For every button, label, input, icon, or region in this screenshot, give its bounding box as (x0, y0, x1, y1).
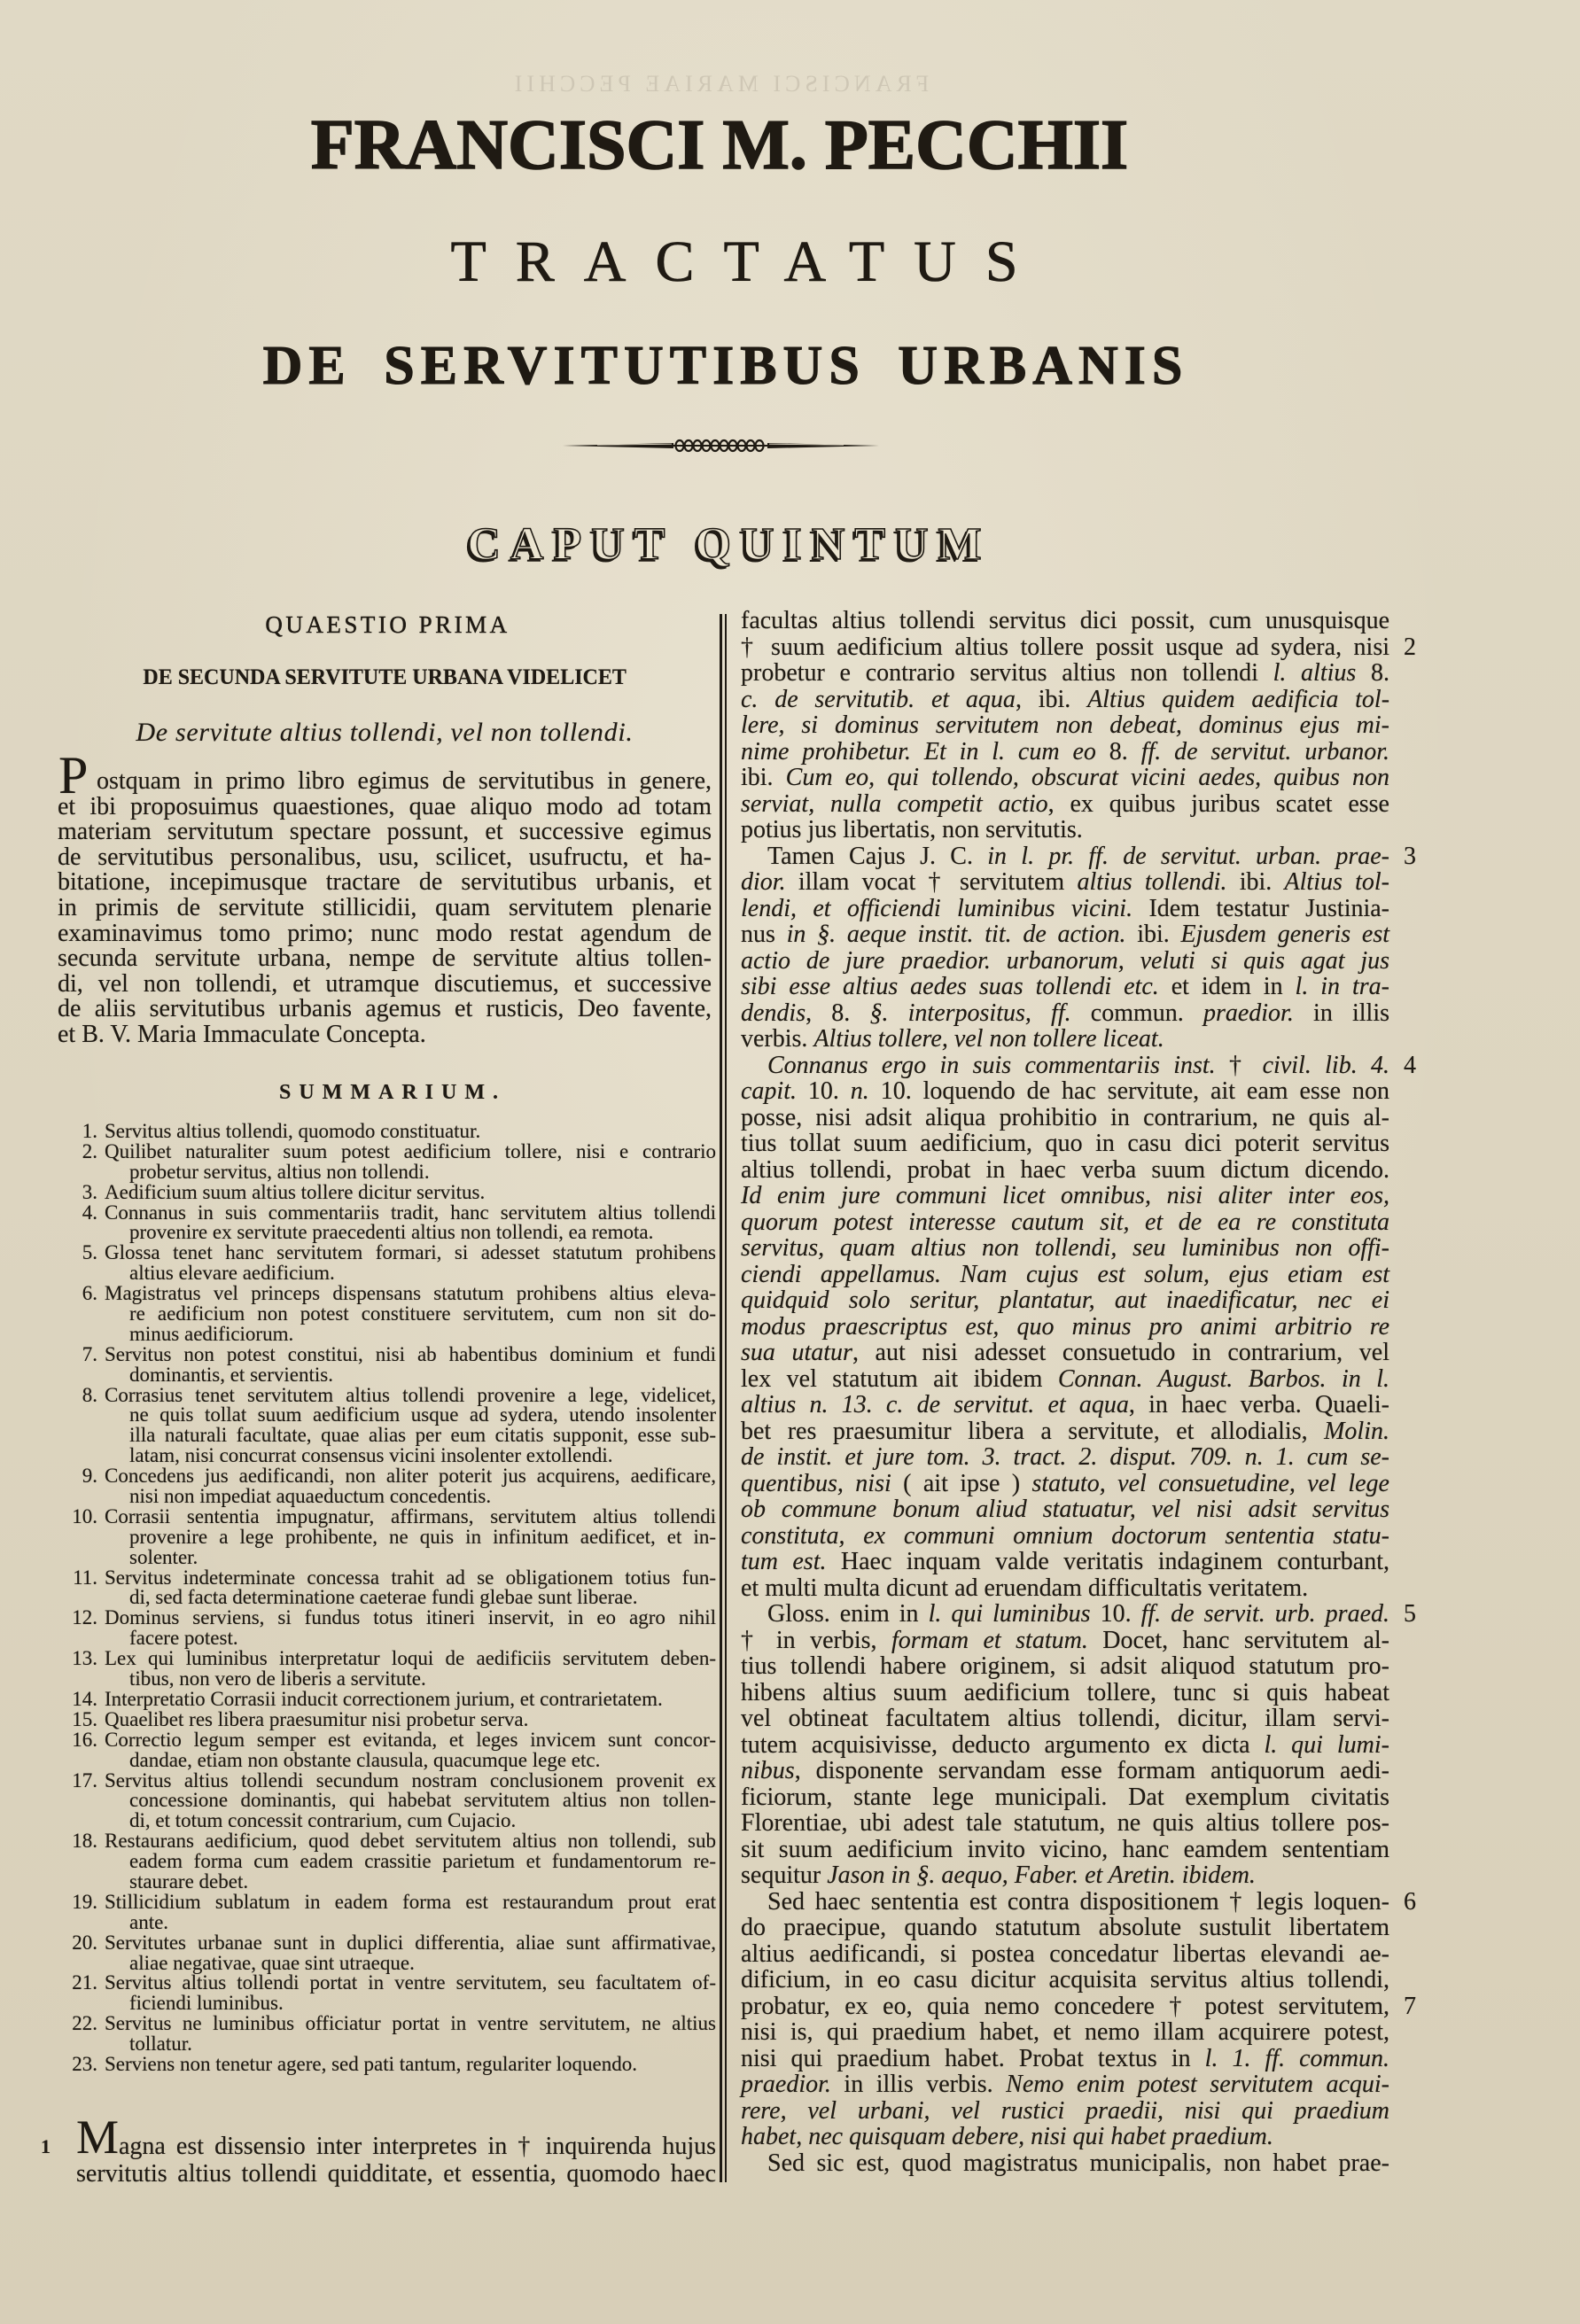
text-line: Gloss. enim in l. qui luminibus 10. ff. … (741, 1601, 1389, 1628)
text-run: sequitur (741, 1862, 827, 1889)
text-line: do praecipue, quando statutum absolute s… (741, 1915, 1389, 1941)
summary-item: 11.Servitus indeterminate concessa trahi… (62, 1568, 716, 1609)
text-line: Corrasii sententia impugnatur, affirmans… (62, 1507, 716, 1527)
summary-item: 20.Servitutes urbanae sunt in duplici di… (62, 1933, 716, 1974)
text-run: re aedificium non potest constituere ser… (129, 1302, 716, 1325)
text-run: Gloss. enim in (767, 1600, 929, 1628)
summary-item: 18.Restaurans aedificium, quod debet ser… (62, 1831, 716, 1893)
text-run: ibi. (741, 764, 786, 791)
italic-run: capit. (741, 1077, 797, 1105)
italic-run: nime prohibetur. Et in l. cum eo (741, 738, 1096, 766)
summary-item-number: 7. (62, 1345, 97, 1365)
text-run: ibi. (1126, 921, 1181, 948)
italic-run: lendi, et officiendi luminibus vicini. (741, 895, 1132, 922)
text-line: facere potest. (62, 1628, 716, 1649)
summary-item: 1.Servitus altius tollendi, quomodo cons… (62, 1122, 716, 1142)
text-run: Concedens jus aedificandi, non aliter po… (105, 1465, 716, 1487)
italic-run: modus praescriptus est, quo minus pro an… (741, 1313, 1389, 1341)
column-divider (720, 614, 722, 2182)
summary-item: 12.Dominus serviens, si fundus totus iti… (62, 1608, 716, 1649)
text-line: quorum potest interesse cautum sit, et d… (741, 1209, 1389, 1236)
text-run: posse, nisi adsit aliqua prohibitio in c… (741, 1104, 1389, 1131)
summary-item-number: 15. (62, 1710, 97, 1730)
text-line: lex vel statutum ait ibidem Connan. Augu… (741, 1366, 1389, 1393)
text-line: Servitus altius tollendi secundum nostra… (62, 1771, 716, 1792)
text-run: Serviens non tenetur agere, sed pati tan… (105, 2053, 637, 2075)
text-line: Servitus indeterminate concessa trahit a… (62, 1568, 716, 1589)
text-line: servitutis altius tollendi quidditate, e… (76, 2160, 716, 2188)
text-line: di, sed facta determinatione caeterae fu… (62, 1588, 716, 1608)
text-line: Dominus serviens, si fundus totus itiner… (62, 1608, 716, 1628)
text-run: Sed sic est, quod magistratus municipali… (767, 2149, 1389, 2177)
text-run: 8. (1096, 738, 1141, 766)
summary-item: 10.Corrasii sententia impugnatur, affirm… (62, 1507, 716, 1568)
text-run: Servitus indeterminate concessa trahit a… (105, 1566, 716, 1589)
summary-item-number: 9. (62, 1466, 97, 1487)
text-line: Servitutes urbanae sunt in duplici diffe… (62, 1933, 716, 1954)
text-line: altius n. 13. c. de servitut. et aqua, i… (741, 1392, 1389, 1418)
intro-paragraph: ostquam in primo libro egimus de servitu… (58, 769, 712, 1048)
summary-item: 15.Quaelibet res libera praesumitur nisi… (62, 1710, 716, 1730)
italic-run: Altius tol- (1285, 868, 1389, 896)
italic-run: altius n. 13. c. de servitut. et aqua (741, 1391, 1129, 1418)
text-line: aliae negativae, quae sint utraeque. (62, 1954, 716, 1974)
text-line: dificium, in eo casu dicitur acquisita s… (741, 1967, 1389, 1994)
text-run: di, et totum concessit contrarium, cum C… (129, 1809, 516, 1831)
text-run: Dominus serviens, si fundus totus itiner… (105, 1606, 716, 1628)
italic-run: habet, nec quisquam debere, nisi qui hab… (741, 2123, 1273, 2150)
italic-run: sibi esse altius aedes suas tollendi etc… (741, 973, 1159, 1000)
text-run: , ex quibus juribus scatet esse (1048, 790, 1389, 818)
text-line: Tamen Cajus J. C. in l. pr. ff. de servi… (741, 843, 1389, 870)
italic-run: Connanus ergo in suis commentariis inst. (767, 1052, 1216, 1079)
paragraph: facultas altius tollendi servitus dici p… (741, 608, 1389, 843)
summary-item-number: 21. (62, 1973, 97, 1994)
text-line: nisi non impediat aquaeductum concedenti… (62, 1487, 716, 1507)
paragraph: Tamen Cajus J. C. in l. pr. ff. de servi… (741, 843, 1389, 1053)
text-run: potius jus libertatis, non servitutis. (741, 816, 1083, 843)
text-run: Glossa tenet hanc servitutem formari, si… (105, 1241, 716, 1263)
text-line: ibi. Cum eo, qui tollendo, obscurat vici… (741, 765, 1389, 791)
text-run: Tamen Cajus J. C. (767, 843, 987, 870)
summary-item: 23.Serviens non tenetur agere, sed pati … (62, 2055, 716, 2075)
text-line: Servitus ne luminibus officiatur portat … (62, 2014, 716, 2034)
italic-run: l. qui luminibus (929, 1600, 1091, 1628)
italic-run: Molin. (1324, 1418, 1389, 1445)
text-run: in primis de servitute stillicidii, quam… (58, 894, 712, 921)
question-subheading-text: DE SECUNDA SERVITUTE URBANA VIDELICET (143, 666, 627, 688)
margin-number: 1 (41, 2133, 51, 2160)
text-line: eadem forma cum eadem crassitie parietum… (62, 1852, 716, 1872)
text-line: vel obtineat facultatem altius tollendi,… (741, 1706, 1389, 1732)
italic-run: civil. lib. 4. (1263, 1052, 1389, 1079)
text-run: probetur e contrario servitus altius non… (741, 659, 1273, 687)
text-line: sua utatur, aut nisi adesset consuetudo … (741, 1340, 1389, 1366)
text-run: bitatione, incepimusque tractare de serv… (58, 868, 712, 896)
italic-run: Jason in §. aequo, Faber. et Aretin. ibi… (827, 1862, 1256, 1889)
italic-run: statuto, vel consuetudine, vel lege (1032, 1470, 1389, 1497)
text-line: secunda servitute urbana, nempe de servi… (58, 946, 712, 972)
summary-item: 9.Concedens jus aedificandi, non aliter … (62, 1466, 716, 1507)
text-line: Concedens jus aedificandi, non aliter po… (62, 1466, 716, 1487)
text-run: ante. (129, 1911, 168, 1933)
italic-run: l. in tra- (1296, 973, 1389, 1000)
text-run: illam vocat † servitutem (786, 868, 1078, 896)
text-run: illa naturali facultate, quae alias per … (129, 1424, 716, 1446)
text-run: in illis (1294, 999, 1389, 1027)
book-page: FRANCISCI MARIAE PECCHII FRANCISCI M. PE… (0, 0, 1580, 2324)
text-line: nime prohibetur. Et in l. cum eo 8. ff. … (741, 739, 1389, 766)
text-line: Stillicidium sublatum in eadem forma est… (62, 1893, 716, 1913)
text-run: altius elevare aedificium. (129, 1262, 335, 1284)
text-line: nibus, disponente servandam esse formam … (741, 1758, 1389, 1784)
text-line: probetur servitus, altius non tollendi. (62, 1162, 716, 1183)
text-run: , in haec verba. Quaeli- (1129, 1391, 1389, 1418)
text-run: 10. (1091, 1600, 1141, 1628)
italic-run: §. interpositus, ff. (869, 999, 1070, 1027)
text-line: examinavimus tomo primo; nunc modo resta… (58, 921, 712, 947)
margin-number: 6 (1404, 1889, 1416, 1916)
margin-number: 5 (1404, 1601, 1416, 1628)
text-line: ficiendi luminibus. (62, 1994, 716, 2014)
italic-run: rere, vel urbani, vel rustici praedii, n… (741, 2097, 1389, 2125)
text-line: materiam servitutum spectare possunt, et… (58, 820, 712, 845)
text-line: in primis de servitute stillicidii, quam… (58, 896, 712, 921)
text-line: nisi is, qui praedium habet, et nemo ill… (741, 2019, 1389, 2046)
text-line: dominantis, et servientis. (62, 1365, 716, 1386)
summary-item-number: 23. (62, 2055, 97, 2075)
text-line: praedior. in illis verbis. Nemo enim pot… (741, 2071, 1389, 2098)
text-run: vel obtineat facultatem altius tollendi,… (741, 1705, 1389, 1732)
text-run: concessione dominantis, qui habebat serv… (129, 1789, 716, 1811)
summary-item: 3.Aedificium suum altius tollere dicitur… (62, 1183, 716, 1203)
italic-run: tum est. (741, 1548, 826, 1575)
text-line: concessione dominantis, qui habebat serv… (62, 1791, 716, 1811)
text-line: lendi, et officiendi luminibus vicini. I… (741, 896, 1389, 922)
italic-run: Altius tollere, vel non tollere liceat. (813, 1025, 1164, 1053)
text-run: tibus, non vero de liberis a servitute. (129, 1667, 426, 1690)
treatise-title: TRACTATUS (0, 233, 1468, 291)
italic-run: quidquid solo seritur, plantatur, aut in… (741, 1286, 1389, 1314)
text-run: sit suum aedificium invito vicino, hanc … (741, 1836, 1389, 1863)
italic-run: l. altius (1273, 659, 1357, 687)
question-topic: De servitute altius tollendi, vel non to… (58, 719, 712, 746)
text-line: illa naturali facultate, quae alias per … (62, 1426, 716, 1446)
paragraph: Connanus ergo in suis commentariis inst.… (741, 1053, 1389, 1602)
text-line: Connanus ergo in suis commentariis inst.… (741, 1053, 1389, 1079)
text-run: Corrasii sententia impugnatur, affirmans… (105, 1505, 716, 1527)
text-run: † suum aedificium altius tollere possit … (741, 633, 1389, 661)
text-line: minus aedificiorum. (62, 1325, 716, 1345)
text-line: capit. 10. n. 10. loquendo de hac servit… (741, 1078, 1389, 1105)
text-line: dendis, 8. §. interpositus, ff. commun. … (741, 1000, 1389, 1027)
text-line: ob commune bonum aliud statuatur, vel ni… (741, 1496, 1389, 1523)
italic-run: altius tollendi. (1077, 868, 1226, 896)
text-line: sequitur Jason in §. aequo, Faber. et Ar… (741, 1862, 1389, 1889)
text-line: quidquid solo seritur, plantatur, aut in… (741, 1287, 1389, 1314)
italic-run: Ejusdem generis est (1181, 921, 1389, 948)
text-line: verbis. Altius tollere, vel non tollere … (741, 1026, 1389, 1053)
summary-item-number: 22. (62, 2014, 97, 2034)
text-run: Servitutes urbanae sunt in duplici diffe… (105, 1931, 716, 1954)
text-run: probatur, ex eo, quia nemo concedere † p… (741, 1993, 1389, 2020)
text-run: minus aedificiorum. (129, 1323, 293, 1345)
paragraph: Gloss. enim in l. qui luminibus 10. ff. … (741, 1601, 1389, 1889)
summary-item-number: 2. (62, 1142, 97, 1162)
text-run: dominantis, et servientis. (129, 1364, 333, 1386)
summary-item-number: 10. (62, 1507, 97, 1527)
text-run: materiam servitutum spectare possunt, et… (58, 818, 712, 845)
text-line: Corrasius tenet servitutem altius tollen… (62, 1386, 716, 1406)
text-run: Connanus in suis commentariis tradit, ha… (105, 1201, 716, 1224)
margin-number: 7 (1404, 1994, 1416, 2020)
summary-item-number: 3. (62, 1183, 97, 1203)
text-run: ibi. (1226, 868, 1284, 896)
summary-item: 17.Servitus altius tollendi secundum nos… (62, 1771, 716, 1832)
text-run: bet res praesumitur libera a servitute, … (741, 1418, 1324, 1445)
summary-item-number: 14. (62, 1690, 97, 1710)
text-line: agna est dissensio inter interpretes in … (76, 2133, 716, 2160)
summary-item: 6.Magistratus vel princeps dispensans st… (62, 1284, 716, 1345)
summary-item: 22.Servitus ne luminibus officiatur port… (62, 2014, 716, 2055)
text-line: facultas altius tollendi servitus dici p… (741, 608, 1389, 634)
text-run: tollatur. (129, 2033, 192, 2055)
text-run: Servitus ne luminibus officiatur portat … (105, 2012, 716, 2034)
text-run: hibens altius suum aedificium tollere, t… (741, 1679, 1389, 1706)
text-line: Servitus altius tollendi portat in ventr… (62, 1973, 716, 1994)
bleed-through-running-head: FRANCISCI MARIAE PECCHII (0, 73, 1439, 96)
text-run: 8. (1356, 659, 1389, 687)
text-line: et multi multa dicunt ad eruendam diffic… (741, 1575, 1389, 1602)
text-run: in illis verbis. (831, 2071, 1006, 2098)
text-line: Sed sic est, quod magistratus municipali… (741, 2150, 1389, 2177)
italic-run: dendis (741, 999, 806, 1027)
text-line: probetur e contrario servitus altius non… (741, 660, 1389, 687)
italic-run: quentibus, nisi (741, 1470, 891, 1497)
text-run: examinavimus tomo primo; nunc modo resta… (58, 920, 712, 947)
text-line: serviat, nulla competit actio, ex quibus… (741, 791, 1389, 818)
italic-run: servitus, quam altius non tollendi, seu … (741, 1234, 1389, 1262)
italic-run: lere, si dominus servitutem non debeat, … (741, 711, 1389, 739)
text-run: et ibi proposuimus quaestiones, quae ali… (58, 793, 712, 820)
text-run: , ibi. (1016, 686, 1087, 713)
text-run: , aut nisi adesset consuetudo in contrar… (852, 1339, 1389, 1366)
text-line: Aedificium suum altius tollere dicitur s… (62, 1183, 716, 1203)
text-run: facultas altius tollendi servitus dici p… (741, 607, 1389, 634)
text-run: tutem acquisivisse, deducto argumento ex… (741, 1731, 1264, 1759)
text-run: Haec inquam valde veritatis indaginem co… (826, 1548, 1389, 1575)
text-run: de servitutibus personalibus, usu, scili… (58, 843, 712, 871)
text-run: solenter. (129, 1546, 198, 1568)
text-run: probetur servitus, altius non tollendi. (129, 1161, 430, 1183)
text-run: Restaurans aedificium, quod debet servit… (105, 1830, 716, 1852)
text-line: Quaelibet res libera praesumitur nisi pr… (62, 1710, 716, 1730)
text-line: habet, nec quisquam debere, nisi qui hab… (741, 2124, 1389, 2150)
text-line: de servitutibus personalibus, usu, scili… (58, 845, 712, 871)
summary-item-number: 13. (62, 1649, 97, 1669)
text-line: dandae, etiam non obstante clausula, qua… (62, 1751, 716, 1771)
column-divider (725, 614, 727, 2182)
text-line: de aliis servitutibus urbanis agemus et … (58, 997, 712, 1022)
text-run: provenire a lege prohibente, ne quis in … (129, 1526, 716, 1548)
margin-number: 2 (1404, 634, 1416, 661)
text-run: 10. loquendo de hac servitute, ait eam e… (869, 1077, 1389, 1105)
text-line: latam, nisi concurrat consensus vicini i… (62, 1446, 716, 1466)
italic-run: sua utatur (741, 1339, 852, 1366)
text-run: do praecipue, quando statutum absolute s… (741, 1914, 1389, 1941)
summary-item: 2.Quilibet naturaliter suum potest aedif… (62, 1142, 716, 1183)
text-line: potius jus libertatis, non servitutis. (741, 817, 1389, 843)
text-line: tius tollat suum aedificium, quo in casu… (741, 1131, 1389, 1157)
text-run: altius aedificandi, si postea concedatur… (741, 1940, 1389, 1968)
summary-item: 13.Lex qui luminibus interpretatur loqui… (62, 1649, 716, 1690)
summary-item-number: 19. (62, 1893, 97, 1913)
text-line: tum est. Haec inquam valde veritatis ind… (741, 1549, 1389, 1575)
text-run: Quaelibet res libera praesumitur nisi pr… (105, 1708, 528, 1730)
text-run: facere potest. (129, 1627, 238, 1649)
text-run: provenire ex servitute praecedenti altiu… (129, 1221, 653, 1243)
text-line: actio de jure praedior. urbanorum, velut… (741, 948, 1389, 975)
text-run: dificium, in eo casu dicitur acquisita s… (741, 1966, 1389, 1994)
text-run: Stillicidium sublatum in eadem forma est… (105, 1891, 716, 1913)
text-line: Restaurans aedificium, quod debet servit… (62, 1831, 716, 1852)
text-run: Magistratus vel princeps dispensans stat… (105, 1282, 716, 1304)
italic-run: c. de servitutib. et aqua (741, 686, 1016, 713)
text-line: et B. V. Maria Immaculate Concepta. (58, 1022, 712, 1048)
chapter-heading: CAPUT QUINTUM (0, 522, 1449, 568)
text-run: Servitus altius tollendi, quomodo consti… (105, 1120, 480, 1142)
text-line: altius tollendi, probat in haec verba su… (741, 1157, 1389, 1184)
text-run: et idem in (1159, 973, 1296, 1000)
text-line: ostquam in primo libro egimus de servitu… (58, 769, 712, 795)
text-run: Sed haec sententia est contra dispositio… (767, 1888, 1389, 1916)
italic-run: serviat, nulla competit actio (741, 790, 1048, 818)
treatise-subtitle: DE SERVITUTIBUS URBANIS (0, 338, 1445, 393)
text-line: altius elevare aedificium. (62, 1263, 716, 1284)
body-paragraph: agna est dissensio inter interpretes in … (76, 2133, 716, 2188)
text-run: de aliis servitutibus urbanis agemus et … (58, 995, 712, 1022)
summary-item: 21.Servitus altius tollendi portat in ve… (62, 1973, 716, 2014)
text-run: Quilibet naturaliter suum potest aedific… (105, 1140, 716, 1162)
text-line: tollatur. (62, 2034, 716, 2055)
text-line: re aedificium non potest constituere ser… (62, 1304, 716, 1325)
italic-run: Id enim jure communi licet omnibus, nisi… (741, 1182, 1389, 1209)
text-line: rere, vel urbani, vel rustici praedii, n… (741, 2098, 1389, 2125)
summary-item-number: 20. (62, 1933, 97, 1954)
italic-run: Nemo enim potest servitutem acqui- (1006, 2071, 1389, 2098)
text-run: ficiendi luminibus. (129, 1992, 284, 2014)
text-line: modus praescriptus est, quo minus pro an… (741, 1314, 1389, 1341)
text-line: nisi qui praedium habet. Probat textus i… (741, 2046, 1389, 2072)
text-run: agna est dissensio inter interpretes in … (119, 2133, 716, 2160)
text-run: aliae negativae, quae sint utraeque. (129, 1952, 415, 1974)
text-line: de instit. et jure tom. 3. tract. 2. dis… (741, 1444, 1389, 1471)
summary-item: 19.Stillicidium sublatum in eadem forma … (62, 1893, 716, 1933)
text-run: secunda servitute urbana, nempe de servi… (58, 944, 712, 972)
text-run: nisi qui praedium habet. Probat textus i… (741, 2045, 1205, 2072)
text-line: tius tollendi habere originem, si adsit … (741, 1653, 1389, 1680)
italic-run: n. (851, 1077, 869, 1105)
text-line: Serviens non tenetur agere, sed pati tan… (62, 2055, 716, 2075)
italic-run: ciendi appellamus. Nam cujus est solum, … (741, 1261, 1389, 1288)
text-run: servitutis altius tollendi quidditate, e… (76, 2160, 716, 2188)
text-run: lex vel statutum ait ibidem (741, 1365, 1058, 1393)
text-line: c. de servitutib. et aqua, ibi. Altius q… (741, 687, 1389, 713)
text-run: Corrasius tenet servitutem altius tollen… (105, 1384, 716, 1406)
text-line: Correctio legum semper est evitanda, et … (62, 1730, 716, 1751)
italic-run: constituta, ex communi omnium doctorum s… (741, 1522, 1389, 1550)
italic-run: ob commune bonum aliud statuatur, vel ni… (741, 1496, 1389, 1523)
text-line: † suum aedificium altius tollere possit … (741, 634, 1389, 661)
text-line: Connanus in suis commentariis tradit, ha… (62, 1203, 716, 1224)
text-run: 10. (797, 1077, 851, 1105)
italic-run: Cum eo, qui tollendo, obscurat vicini ae… (786, 764, 1389, 791)
summary-item-number: 8. (62, 1386, 97, 1406)
text-line: Florentiae, ubi adest tale statutum, ne … (741, 1810, 1389, 1837)
margin-number: 3 (1404, 843, 1416, 870)
text-run: Aedificium suum altius tollere dicitur s… (105, 1181, 485, 1203)
text-run: staurare debet. (129, 1870, 248, 1893)
text-line: constituta, ex communi omnium doctorum s… (741, 1523, 1389, 1550)
text-line: Servitus non potest constitui, nisi ab h… (62, 1345, 716, 1365)
text-run: et B. V. Maria Immaculate Concepta. (58, 1021, 426, 1048)
text-run: Servitus altius tollendi secundum nostra… (105, 1769, 716, 1792)
summary-item-number: 5. (62, 1243, 97, 1263)
summary-item: 14.Interpretatio Corrasii inducit correc… (62, 1690, 716, 1710)
right-column-text: facultas altius tollendi servitus dici p… (741, 608, 1389, 2176)
summary-item-number: 12. (62, 1608, 97, 1628)
text-run: Servitus non potest constitui, nisi ab h… (105, 1343, 716, 1365)
text-run: di, vel non tollendi, et utramque discut… (58, 970, 712, 998)
summary-item-number: 17. (62, 1771, 97, 1792)
italic-run: actio de jure praedior. urbanorum, velut… (741, 947, 1389, 975)
text-run: nisi is, qui praedium habet, et nemo ill… (741, 2018, 1389, 2046)
text-run: nus (741, 921, 787, 948)
text-run: tius tollat suum aedificium, quo in casu… (741, 1130, 1389, 1157)
summary-item: 7.Servitus non potest constitui, nisi ab… (62, 1345, 716, 1386)
text-line: † in verbis, formam et statum. Docet, ha… (741, 1628, 1389, 1654)
text-run: verbis. (741, 1025, 813, 1053)
text-run: nisi non impediat aquaeductum concedenti… (129, 1485, 491, 1507)
text-run: latam, nisi concurrat consensus vicini i… (129, 1444, 612, 1466)
paragraph: Sed sic est, quod magistratus municipali… (741, 2150, 1389, 2177)
italic-run: ff. de servit. urb. praed. (1141, 1600, 1389, 1628)
text-line: nus in §. aeque instit. tit. de action. … (741, 921, 1389, 948)
author-heading: FRANCISCI M. PECCHII (0, 110, 1439, 181)
italic-run: in §. aeque instit. tit. de action. (787, 921, 1126, 948)
text-line: Interpretatio Corrasii inducit correctio… (62, 1690, 716, 1710)
text-run: tius tollendi habere originem, si adsit … (741, 1652, 1389, 1680)
summary-list: 1.Servitus altius tollendi, quomodo cons… (62, 1122, 716, 2075)
text-line: provenire a lege prohibente, ne quis in … (62, 1527, 716, 1548)
italic-run: dior. (741, 868, 786, 896)
italic-run: praedior. (1203, 999, 1294, 1027)
summary-item: 4.Connanus in suis commentariis tradit, … (62, 1203, 716, 1244)
text-line: lere, si dominus servitutem non debeat, … (741, 712, 1389, 739)
text-line: quentibus, nisi ( ait ipse ) statuto, ve… (741, 1471, 1389, 1497)
italic-run: praedior. (741, 2071, 831, 2098)
text-line: Glossa tenet hanc servitutem formari, si… (62, 1243, 716, 1263)
text-run: ( ait ipse ) (891, 1470, 1032, 1497)
text-line: posse, nisi adsit aliqua prohibitio in c… (741, 1105, 1389, 1131)
text-run: dandae, etiam non obstante clausula, qua… (129, 1749, 600, 1771)
text-run: ficiorum, stante lege municipali. Dat ex… (741, 1784, 1389, 1811)
text-line: staurare debet. (62, 1872, 716, 1893)
text-run: † in verbis, (741, 1627, 891, 1654)
text-line: di, et totum concessit contrarium, cum C… (62, 1811, 716, 1831)
text-line: ciendi appellamus. Nam cujus est solum, … (741, 1262, 1389, 1288)
text-line: Quilibet naturaliter suum potest aedific… (62, 1142, 716, 1162)
